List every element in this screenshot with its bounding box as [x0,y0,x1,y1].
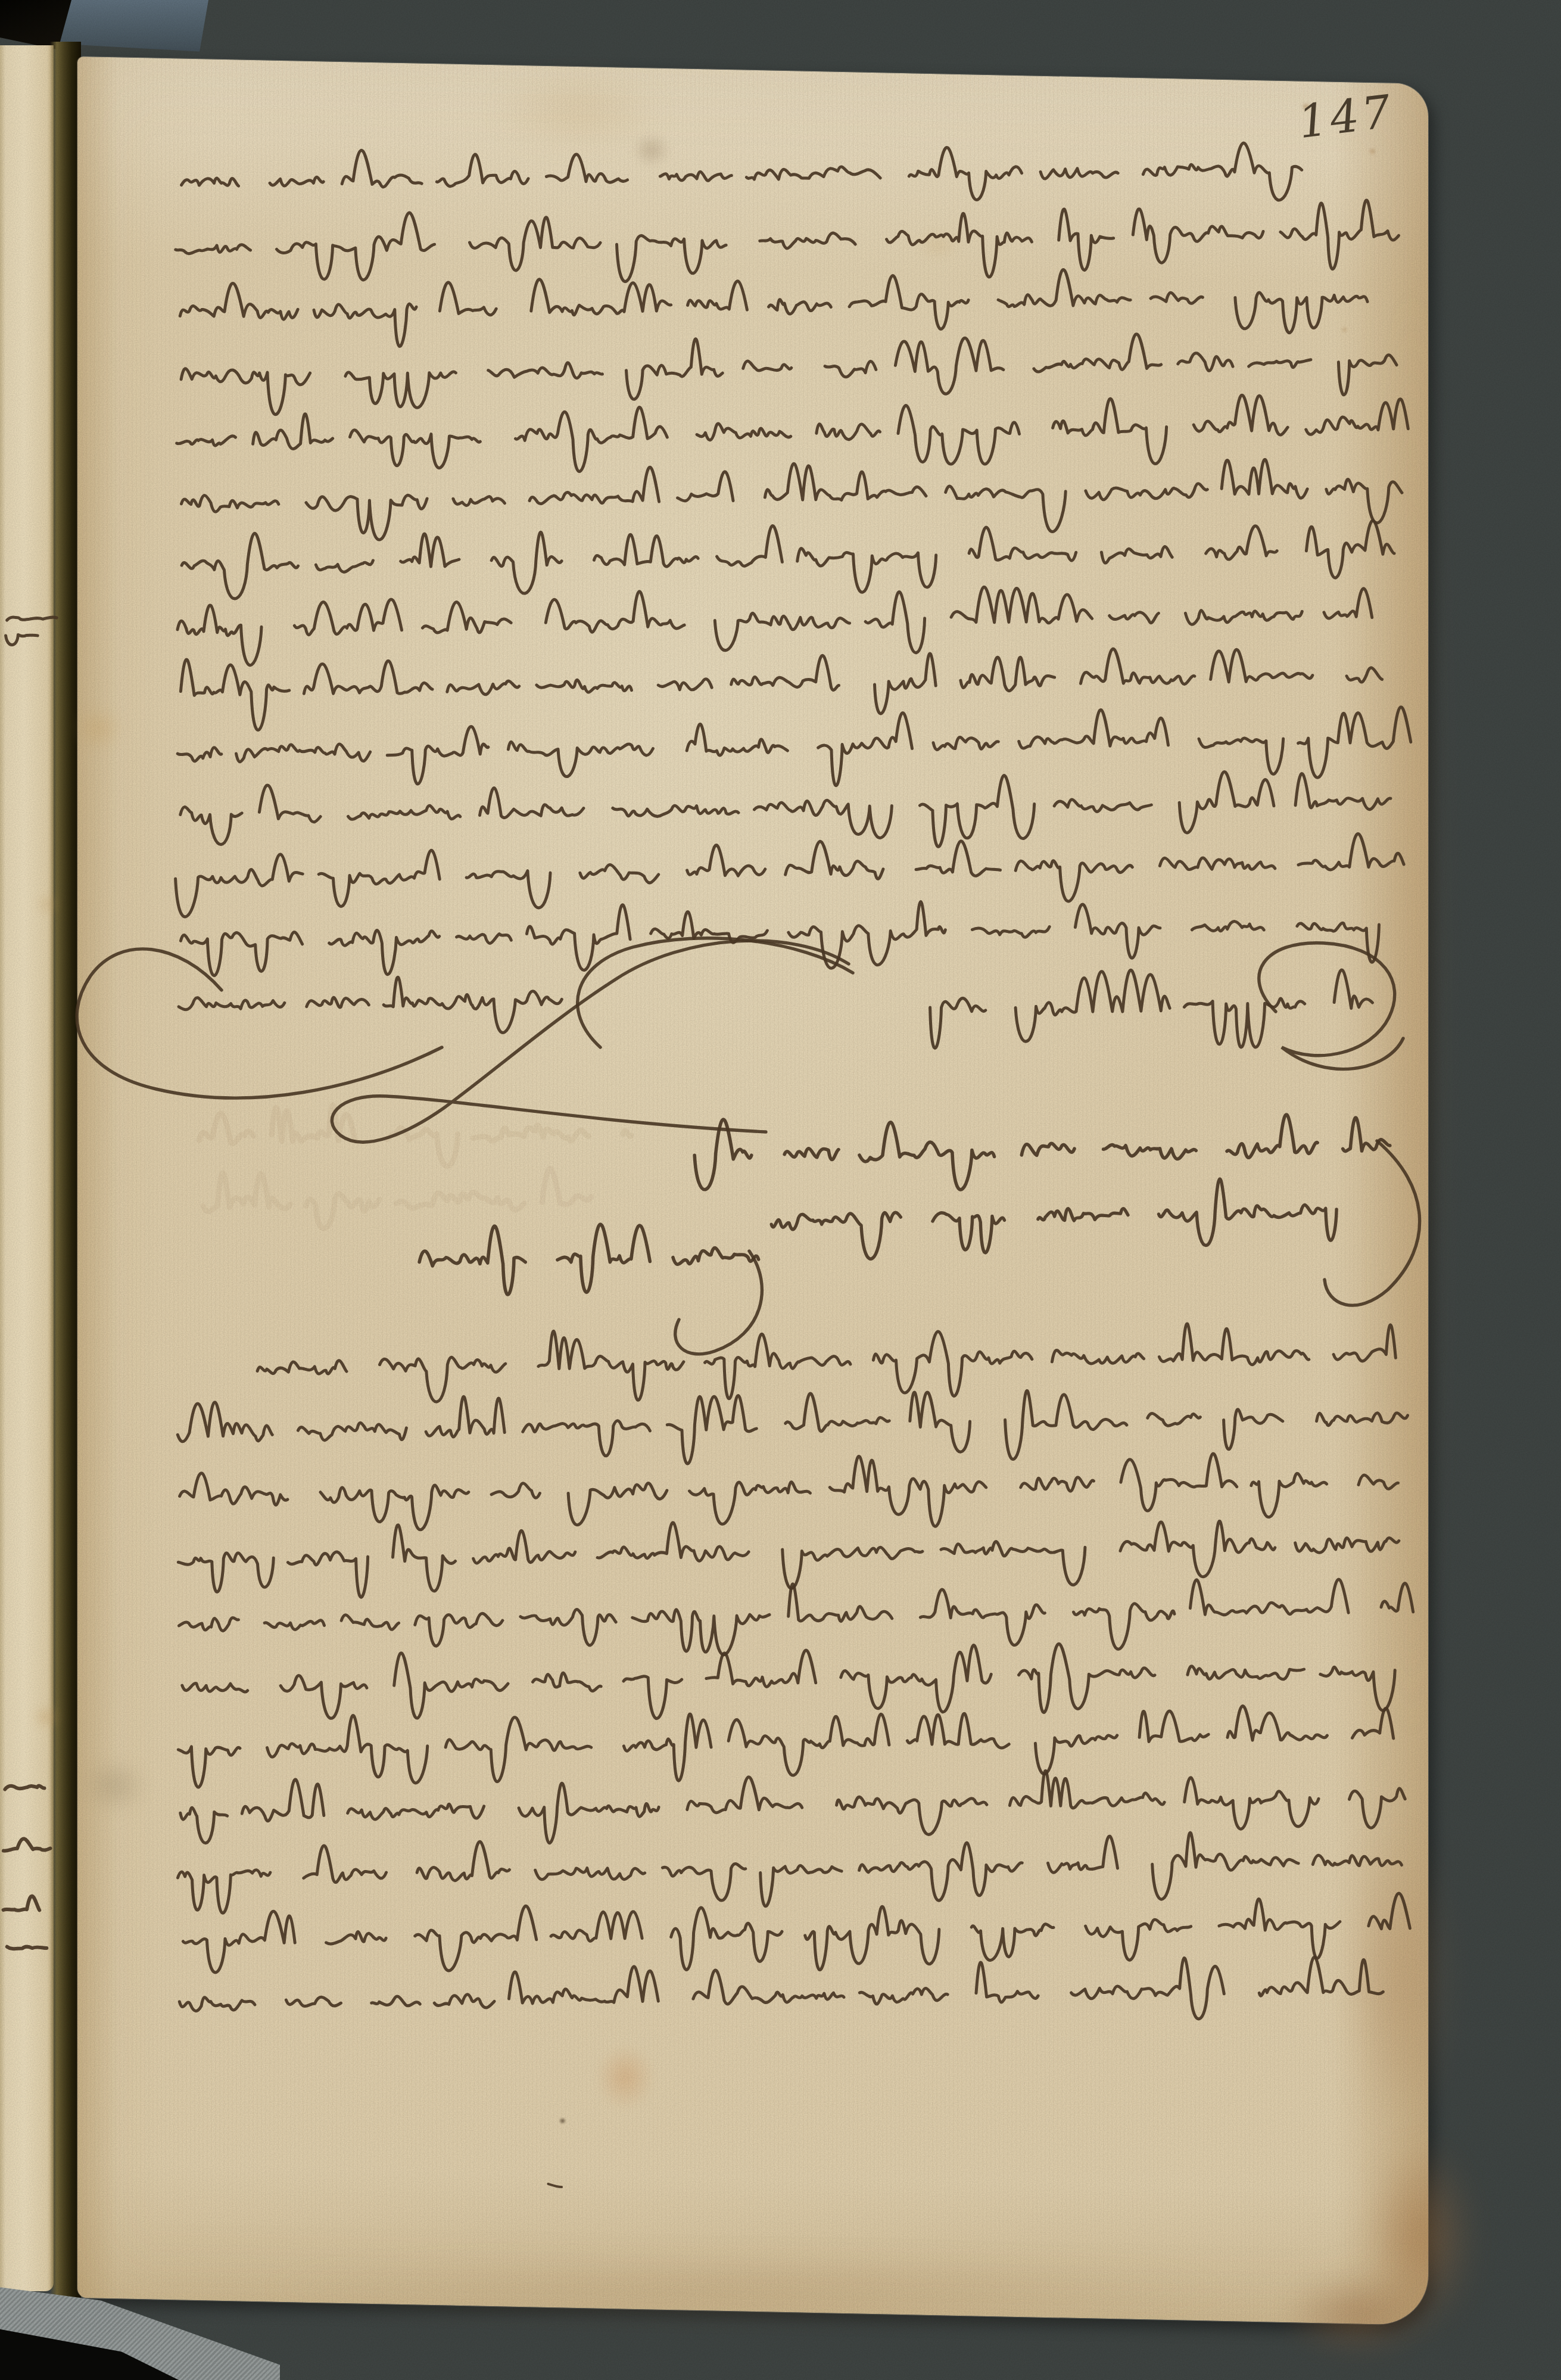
manuscript-page [77,57,1428,2325]
binding-gutter-shadow [50,42,81,2300]
page-number: 147 [1296,89,1396,145]
manuscript-scan: 147 [0,0,1561,2380]
facing-page-edge [0,45,54,2291]
book-edge-band [60,0,208,55]
